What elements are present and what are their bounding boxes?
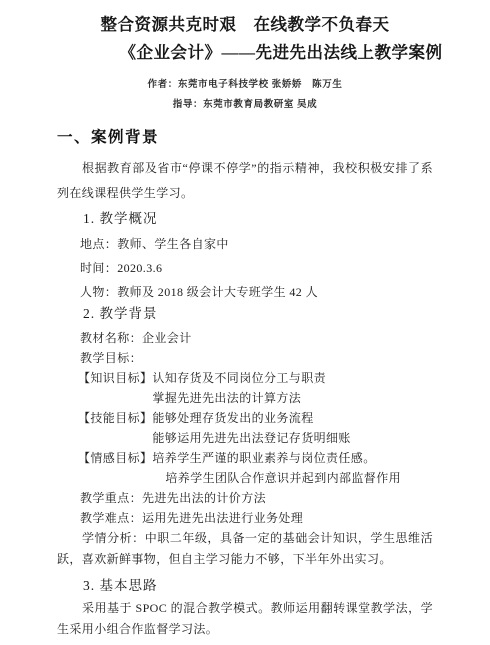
- objective-line: 培养学生严谨的职业素养与岗位责任感。: [152, 448, 433, 468]
- objective-line: 掌握先进先出法的计算方法: [152, 388, 433, 408]
- document-page: 整合资源共克时艰 在线教学不负春天 《企业会计》——先进先出法线上教学案例 作者…: [0, 0, 490, 645]
- objective-lines-emotion: 培养学生严谨的职业素养与岗位责任感。 培养学生团队合作意识并起到内部监督作用: [152, 448, 433, 488]
- subsection-heading-approach: 3. 基本思路: [83, 575, 433, 596]
- approach-paragraph: 采用基于 SPOC 的混合教学模式。教师运用翻转课堂教学法，学生采用小组合作监督…: [57, 598, 433, 640]
- section-heading-case-background: 一、案例背景: [57, 128, 433, 148]
- objective-label-emotion: 【情感目标】: [78, 448, 152, 468]
- line-location: 地点：教师、学生各自家中: [57, 232, 433, 256]
- line-time: 时间：2020.3.6: [57, 256, 433, 280]
- line-objectives-label: 教学目标：: [57, 348, 433, 368]
- learner-analysis-paragraph: 学情分析：中职二年级，具备一定的基础会计知识，学生思维活跃，喜欢新鲜事物，但自主…: [57, 528, 433, 569]
- objective-line: 培养学生团队合作意识并起到内部监督作用: [152, 468, 433, 488]
- page-title-line2: 《企业会计》——先进先出法线上教学案例: [93, 42, 469, 64]
- objective-row-knowledge: 【知识目标】 认知存货及不同岗位分工与职责 掌握先进先出法的计算方法: [57, 368, 433, 408]
- objective-label-knowledge: 【知识目标】: [78, 368, 152, 388]
- subsection-heading-background: 2. 教学背景: [83, 304, 433, 324]
- line-key-point: 教学重点：先进先出法的计价方法: [57, 488, 433, 508]
- background-block: 教材名称：企业会计 教学目标： 【知识目标】 认知存货及不同岗位分工与职责 掌握…: [57, 328, 433, 528]
- line-textbook: 教材名称：企业会计: [57, 328, 433, 348]
- page-title-line1: 整合资源共克时艰 在线教学不负春天: [57, 14, 433, 36]
- line-difficulty: 教学难点：运用先进先出法进行业务处理: [57, 508, 433, 528]
- author-byline: 作者：东莞市电子科技学校 张娇娇 陈万生: [57, 78, 433, 92]
- objective-row-emotion: 【情感目标】 培养学生严谨的职业素养与岗位责任感。 培养学生团队合作意识并起到内…: [57, 448, 433, 488]
- objective-row-skill: 【技能目标】 能够处理存货发出的业务流程 能够运用先进先出法登记存货明细账: [57, 408, 433, 448]
- line-people: 人物：教师及 2018 级会计大专班学生 42 人: [57, 280, 433, 304]
- objective-lines-knowledge: 认知存货及不同岗位分工与职责 掌握先进先出法的计算方法: [152, 368, 433, 408]
- subsection-heading-overview: 1. 教学概况: [83, 208, 433, 230]
- advisor-byline: 指导：东莞市教育局教研室 吴成: [57, 98, 433, 112]
- objective-line: 能够处理存货发出的业务流程: [152, 408, 433, 428]
- objective-line: 认知存货及不同岗位分工与职责: [152, 368, 433, 388]
- objective-label-skill: 【技能目标】: [78, 408, 152, 428]
- objective-line: 能够运用先进先出法登记存货明细账: [152, 428, 433, 448]
- objective-lines-skill: 能够处理存货发出的业务流程 能够运用先进先出法登记存货明细账: [152, 408, 433, 448]
- overview-info-block: 地点：教师、学生各自家中 时间：2020.3.6 人物：教师及 2018 级会计…: [57, 232, 433, 304]
- intro-paragraph: 根据教育部及省市“停课不停学”的指示精神，我校积极安排了系列在线课程供学生学习。: [57, 156, 433, 206]
